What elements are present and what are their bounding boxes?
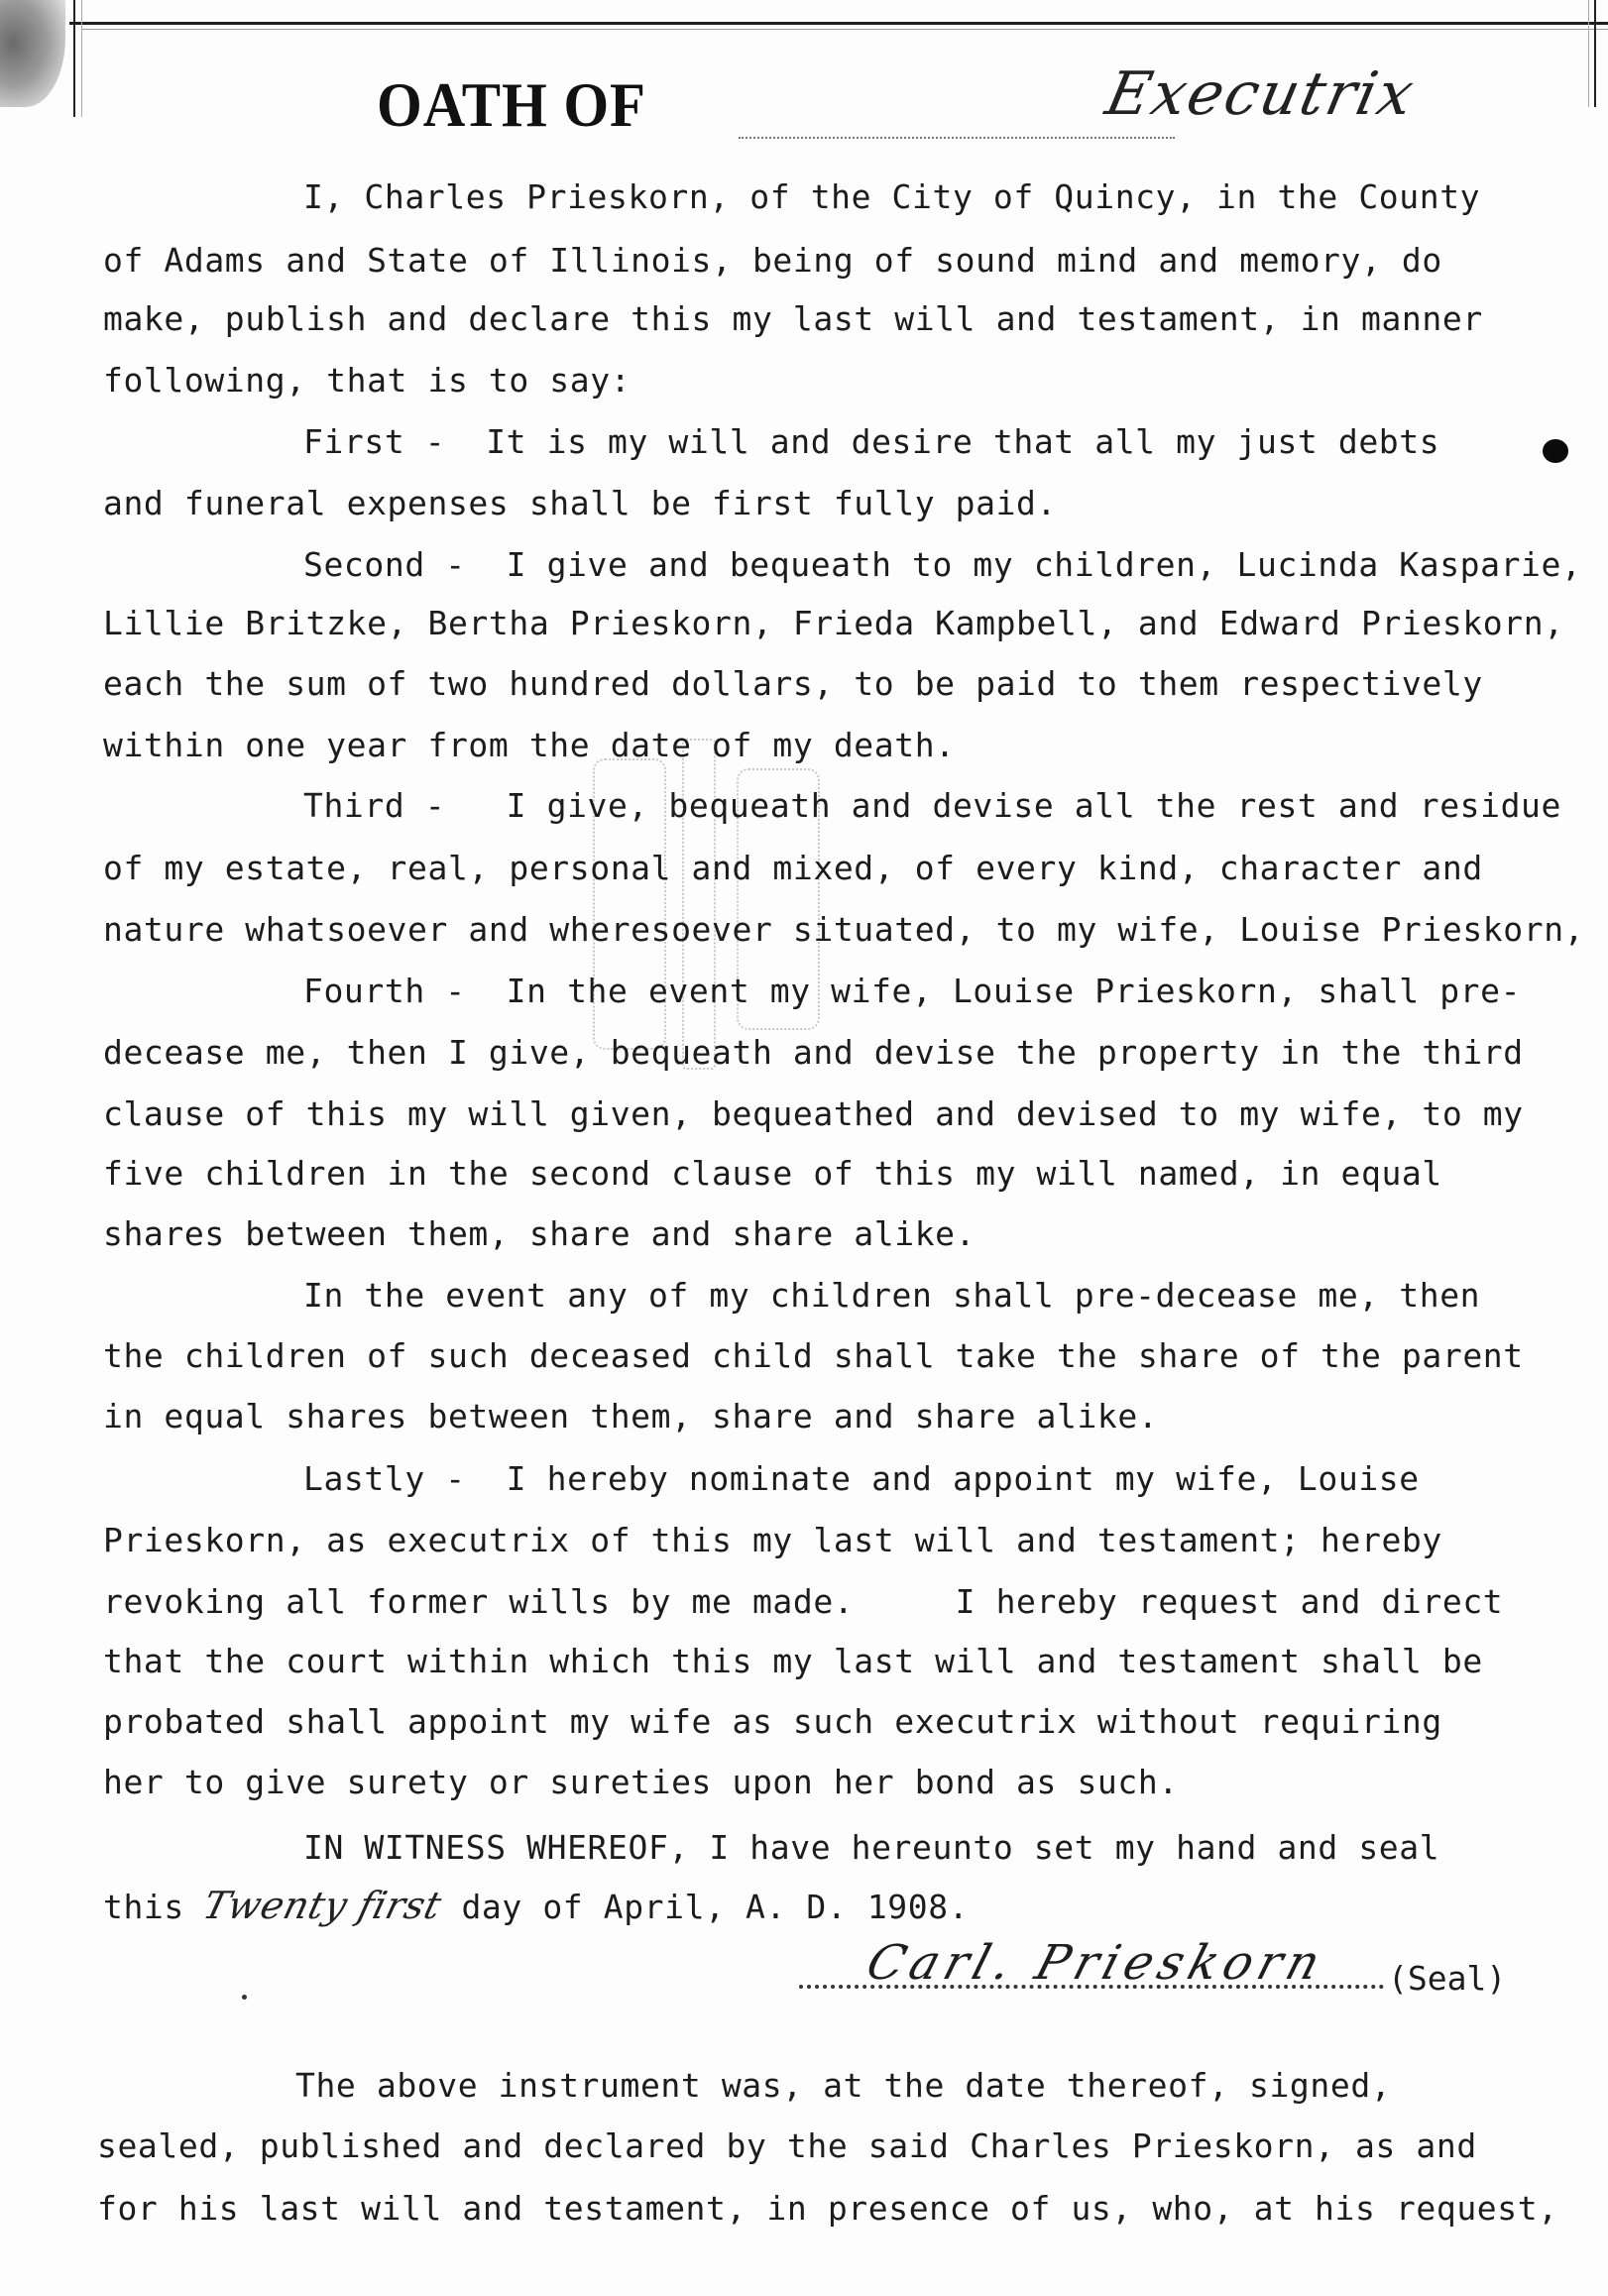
- text-line: for his last will and testament, in pres…: [97, 2189, 1558, 2229]
- right-border-rule: [1594, 0, 1596, 107]
- text-line: shares between them, share and share ali…: [103, 1214, 976, 1254]
- text-line: make, publish and declare this my last w…: [103, 299, 1483, 339]
- text-line: each the sum of two hundred dollars, to …: [103, 664, 1483, 704]
- torn-corner: [0, 0, 65, 107]
- text-line: Lillie Britzke, Bertha Prieskorn, Frieda…: [103, 604, 1564, 643]
- text-line: the children of such deceased child shal…: [103, 1336, 1524, 1376]
- text-line: Second - I give and bequeath to my child…: [303, 545, 1581, 585]
- text-line: that the court within which this my last…: [103, 1642, 1483, 1681]
- text-line: following, that is to say:: [103, 361, 631, 401]
- left-border-rule: [73, 0, 75, 117]
- left-border-rule-thin: [81, 0, 82, 117]
- stray-ink-dot: [242, 1995, 247, 2000]
- text-line: and funeral expenses shall be first full…: [103, 484, 1057, 523]
- date-handwritten: Twenty first: [199, 1886, 446, 1925]
- text-line: In the event any of my children shall pr…: [303, 1276, 1480, 1316]
- seal-label: (Seal): [1388, 1959, 1506, 1998]
- document-title: OATH OF Executrix: [377, 71, 670, 137]
- text-line: of my estate, real, personal and mixed, …: [103, 849, 1483, 888]
- text-line: five children in the second clause of th…: [103, 1154, 1442, 1194]
- top-border-rule: [69, 22, 1608, 25]
- text-line: decease me, then I give, bequeath and de…: [103, 1033, 1524, 1073]
- text-line: The above instrument was, at the date th…: [295, 2066, 1391, 2106]
- right-border-rule-thin: [1588, 0, 1589, 107]
- text-line: sealed, published and declared by the sa…: [97, 2126, 1477, 2166]
- ink-dot: [1543, 439, 1568, 463]
- signature-handwritten: Carl. Prieskorn: [861, 1935, 1332, 1991]
- text-line: Prieskorn, as executrix of this my last …: [103, 1521, 1442, 1560]
- date-suffix: day of April, A. D. 1908.: [461, 1888, 969, 1926]
- text-line: Fourth - In the event my wife, Louise Pr…: [303, 972, 1521, 1011]
- text-line: her to give surety or sureties upon her …: [103, 1763, 1179, 1802]
- document-page: OATH OF Executrix I, Charles Prieskorn, …: [0, 0, 1608, 2296]
- text-line: I, Charles Prieskorn, of the City of Qui…: [303, 177, 1480, 217]
- signature-block: Carl. Prieskorn (Seal): [799, 1941, 1513, 2010]
- title-handwritten: Executrix: [1100, 59, 1422, 129]
- date-prefix: this: [103, 1888, 184, 1926]
- text-line: Third - I give, bequeath and devise all …: [303, 786, 1561, 826]
- text-line: Lastly - I hereby nominate and appoint m…: [303, 1459, 1420, 1499]
- date-line: this Twenty first day of April, A. D. 19…: [103, 1886, 969, 1927]
- text-line: IN WITNESS WHEREOF, I have hereunto set …: [303, 1828, 1439, 1868]
- text-line: clause of this my will given, bequeathed…: [103, 1094, 1524, 1134]
- top-border-rule-thin: [81, 29, 1608, 30]
- title-fill-line: Executrix: [739, 71, 1175, 139]
- text-line: nature whatsoever and wheresoever situat…: [103, 910, 1584, 950]
- text-line: revoking all former wills by me made. I …: [103, 1582, 1503, 1622]
- text-line: within one year from the date of my deat…: [103, 726, 956, 765]
- text-line: First - It is my will and desire that al…: [303, 422, 1439, 462]
- text-line: in equal shares between them, share and …: [103, 1397, 1158, 1436]
- text-line: of Adams and State of Illinois, being of…: [103, 241, 1442, 281]
- title-printed: OATH OF: [377, 73, 646, 137]
- text-line: probated shall appoint my wife as such e…: [103, 1702, 1442, 1742]
